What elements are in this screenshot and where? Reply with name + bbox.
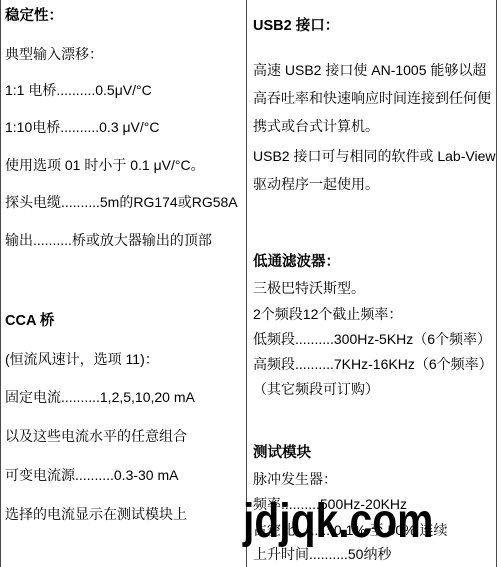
spec-line-variable-current: 可变电流源..........0.3-30 mA	[5, 467, 178, 483]
usb2-software-line-2: 驱动程序一起使用。	[253, 176, 379, 192]
watermark: jdjqk.com	[243, 498, 433, 546]
spec-line-fixed-current: 固定电流..........1,2,5,10,20 mA	[5, 389, 195, 405]
right-column: USB2 接口： 高速 USB2 接口使 AN-1005 能够以超 高吞吐率和快…	[247, 0, 497, 567]
spec-line-low-band: 低频段..........300Hz-5KHz（6个频率）	[253, 331, 491, 347]
spec-line-probe-cable: 探头电缆..........5m的RG174或RG58A	[5, 194, 238, 210]
spec-line-high-band: 高频段..........7KHz-16KHz（6个频率）	[253, 356, 493, 372]
usb2-paragraph-line-1: 高速 USB2 接口使 AN-1005 能够以超	[253, 62, 486, 78]
spec-line-bridge-1-1: 1:1 电桥..........0.5μV/°C	[5, 82, 152, 98]
section-heading-stability: 稳定性：	[5, 8, 63, 24]
section-heading-cca-bridge: CCA 桥	[5, 313, 54, 329]
section-heading-lowpass-filter: 低通滤波器：	[253, 254, 340, 270]
section-heading-usb2: USB2 接口：	[253, 18, 339, 34]
left-column: 稳定性： 典型输入漂移： 1:1 电桥..........0.5μV/°C 1:…	[0, 0, 247, 567]
spec-line-typical-drift: 典型输入漂移：	[5, 46, 103, 62]
spec-line-pulse-generator: 脉冲发生器：	[253, 471, 337, 487]
spec-line-bridge-1-10: 1:10电桥..........0.3 μV/°C	[5, 119, 160, 135]
usb2-software-line-1: USB2 接口可与相同的软件或 Lab-View	[253, 148, 495, 164]
spec-line-output: 输出..........桥或放大器输出的顶部	[5, 232, 212, 248]
spec-document-page: 稳定性： 典型输入漂移： 1:1 电桥..........0.5μV/°C 1:…	[0, 0, 501, 567]
usb2-paragraph-line-3: 携式或台式计算机。	[253, 118, 379, 134]
spec-line-cca-subtitle: (恒流风速计，选项 11)：	[5, 351, 159, 367]
spec-line-butterworth: 三极巴特沃斯型。	[253, 280, 365, 296]
spec-line-other-bands: （其它频段可订购）	[253, 381, 379, 397]
spec-line-current-display: 选择的电流显示在测试模块上	[5, 506, 187, 522]
spec-line-rise-time: 上升时间..........50纳秒	[253, 546, 391, 562]
spec-line-option01: 使用选项 01 时小于 0.1 μV/°C。	[5, 157, 205, 173]
section-heading-test-module: 测试模块	[253, 445, 311, 461]
usb2-paragraph-line-2: 高吞吐率和快速响应时间连接到任何便	[253, 90, 491, 106]
spec-line-cutoff-count: 2个频段12个截止频率：	[253, 306, 402, 322]
spec-line-current-combos: 以及这些电流水平的任意组合	[5, 428, 187, 444]
